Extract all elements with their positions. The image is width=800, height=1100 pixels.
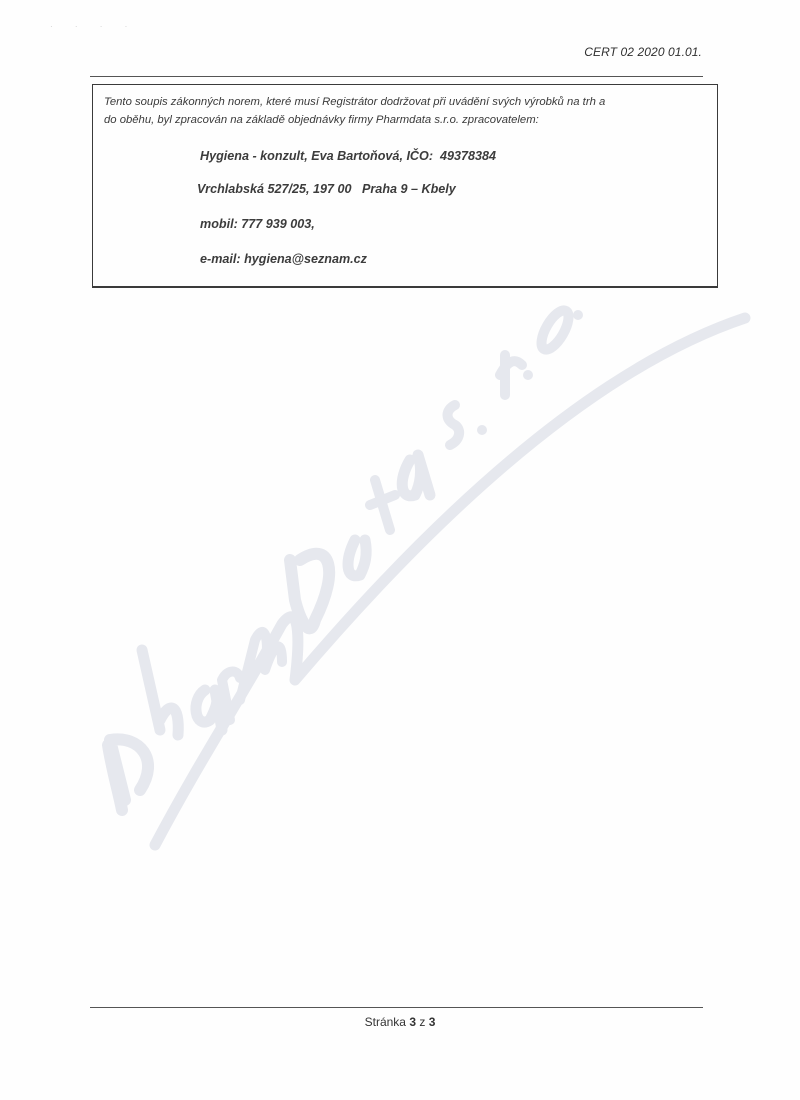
page-number: Stránka 3 z 3 [0,1015,800,1029]
intro-line-1: Tento soupis zákonných norem, které musí… [104,93,709,111]
document-reference: CERT 02 2020 01.01. [584,45,702,59]
header-divider [90,76,703,77]
scan-artifact: · · · · [50,22,137,31]
total-pages: 3 [429,1015,436,1029]
current-page: 3 [409,1015,416,1029]
intro-text: Tento soupis zákonných norem, které musí… [104,93,709,129]
page-label: Stránka [365,1015,406,1029]
intro-line-2: do oběhu, byl zpracován na základě objed… [104,111,709,129]
footer-divider [90,1007,703,1008]
contact-email: e-mail: hygiena@seznam.cz [200,252,367,266]
contact-mobile: mobil: 777 939 003, [200,217,315,231]
processor-info-box: Tento soupis zákonných norem, které musí… [92,84,718,288]
contact-address: Vrchlabská 527/25, 197 00 Praha 9 – Kbel… [197,182,456,196]
of-label: z [419,1015,425,1029]
contact-name-ico: Hygiena - konzult, Eva Bartoňová, IČO: 4… [200,149,496,163]
